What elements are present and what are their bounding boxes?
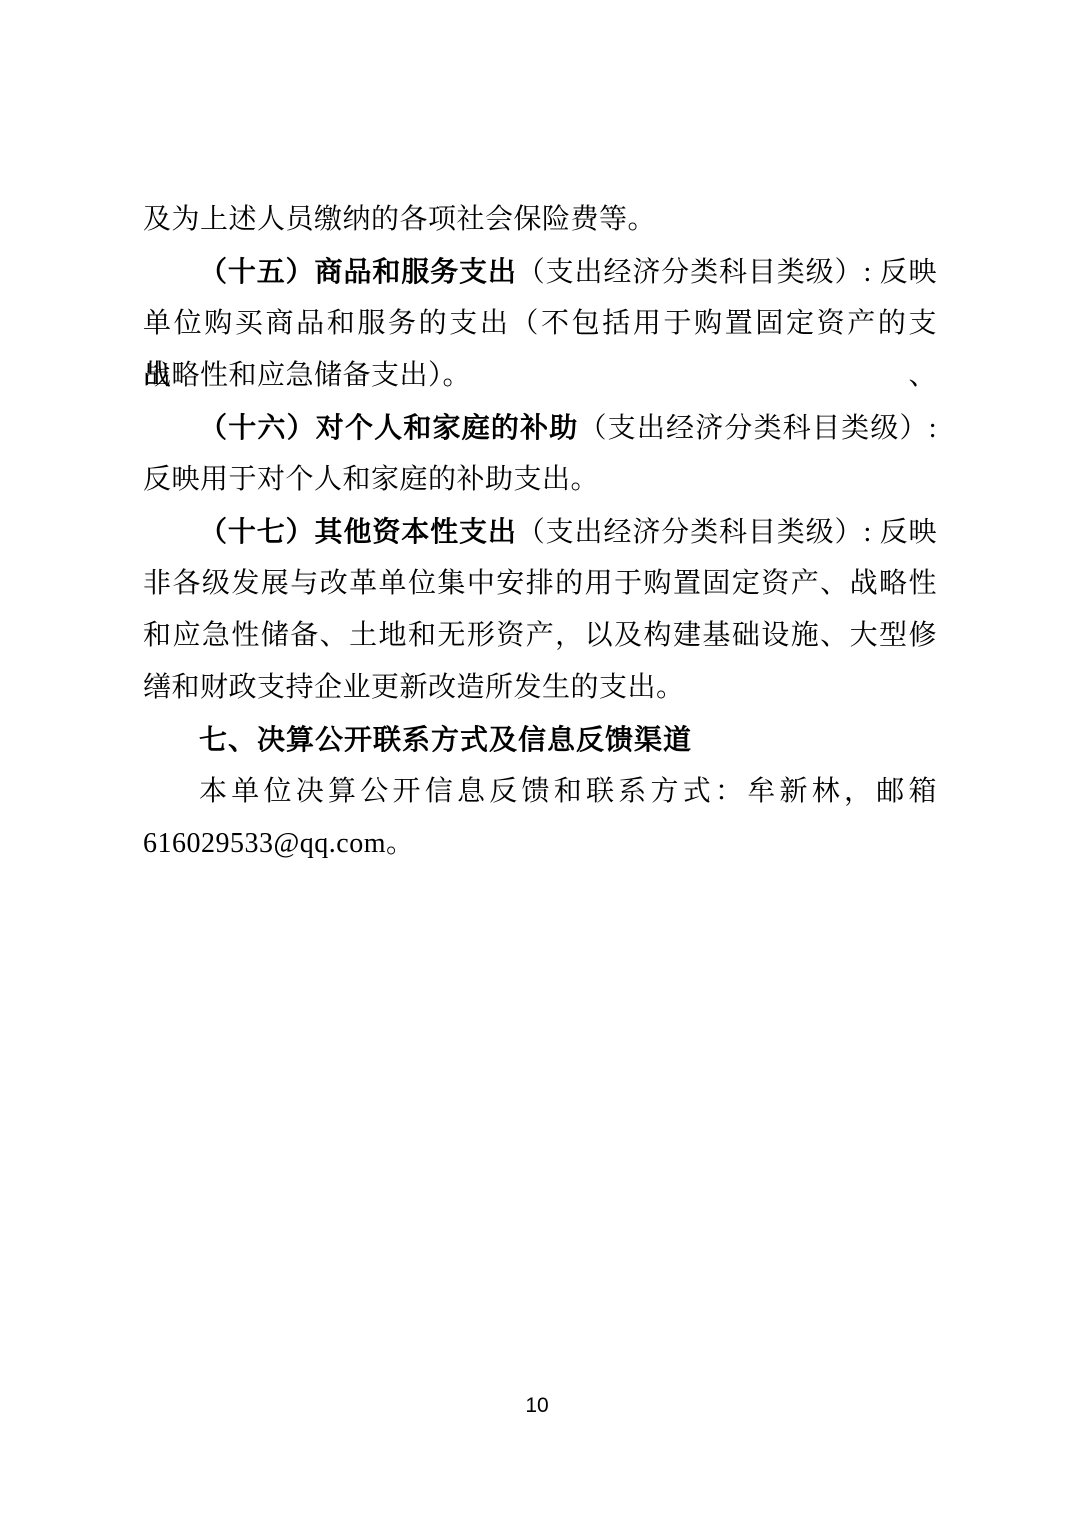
para-15-line-2: 单位购买商品和服务的支出（不包括用于购置固定资产的支出、 <box>143 298 937 350</box>
para-contact-line-1: 本单位决算公开信息反馈和联系方式：牟新林，邮箱 <box>143 766 937 818</box>
para-15-line-1: （十五）商品和服务支出（支出经济分类科目类级）: 反映 <box>143 246 937 298</box>
page-number: 10 <box>525 1394 548 1417</box>
document-page: 及为上述人员缴纳的各项社会保险费等。（十五）商品和服务支出（支出经济分类科目类级… <box>0 0 1074 1520</box>
text-segment: 非各级发展与改革单位集中安排的用于购置固定资产、战略性 <box>143 568 937 599</box>
bold-text-segment: （十七）其他资本性支出 <box>199 516 517 547</box>
text-segment: 和应急性储备、土地和无形资产，以及构建基础设施、大型修 <box>143 620 937 651</box>
para-16-line-2: 反映用于对个人和家庭的补助支出。 <box>143 454 937 506</box>
text-segment: 战略性和应急储备支出）。 <box>143 360 471 391</box>
text-segment: 616029533@qq.com。 <box>143 828 415 859</box>
text-segment: 本单位决算公开信息反馈和联系方式：牟新林，邮箱 <box>199 776 937 807</box>
para-contact-line-2: 616029533@qq.com。 <box>143 818 937 870</box>
para-17-line-3: 和应急性储备、土地和无形资产，以及构建基础设施、大型修 <box>143 610 937 662</box>
text-segment: 缮和财政支持企业更新改造所发生的支出。 <box>143 672 685 703</box>
para-17-line-4: 缮和财政支持企业更新改造所发生的支出。 <box>143 662 937 714</box>
text-segment: （支出经济分类科目类级）: <box>578 413 937 444</box>
text-segment: 及为上述人员缴纳的各项社会保险费等。 <box>143 204 656 235</box>
bold-text-segment: （十六）对个人和家庭的补助 <box>199 412 578 443</box>
para-17-line-2: 非各级发展与改革单位集中安排的用于购置固定资产、战略性 <box>143 558 937 610</box>
para-17-line-1: （十七）其他资本性支出（支出经济分类科目类级）: 反映 <box>143 506 937 558</box>
document-body: 及为上述人员缴纳的各项社会保险费等。（十五）商品和服务支出（支出经济分类科目类级… <box>143 194 937 870</box>
bold-text-segment: 七、决算公开联系方式及信息反馈渠道 <box>199 724 692 755</box>
text-segment: （支出经济分类科目类级）: 反映 <box>517 257 937 288</box>
bold-text-segment: （十五）商品和服务支出 <box>199 256 517 287</box>
para-16-line-1: （十六）对个人和家庭的补助（支出经济分类科目类级）: <box>143 402 937 454</box>
para-social-insurance-last-line: 及为上述人员缴纳的各项社会保险费等。 <box>143 194 937 246</box>
heading-section-7: 七、决算公开联系方式及信息反馈渠道 <box>143 714 937 766</box>
text-segment: 反映用于对个人和家庭的补助支出。 <box>143 464 599 495</box>
page-footer: 10 <box>0 1393 1074 1419</box>
text-segment: （支出经济分类科目类级）: 反映 <box>517 517 937 548</box>
